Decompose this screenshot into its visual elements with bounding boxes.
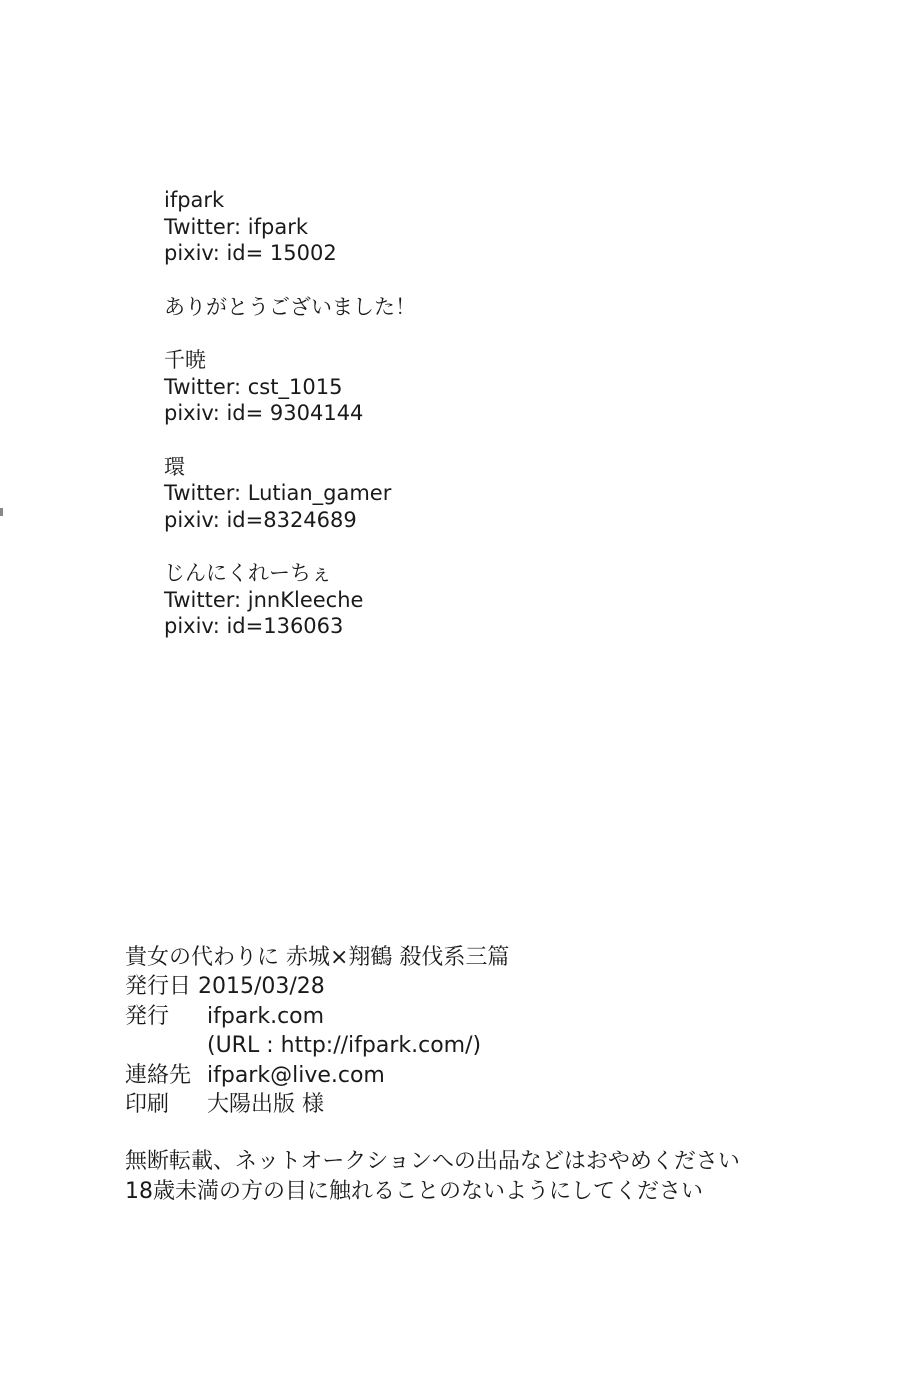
notice: 無断転載、ネットオークションへの出品などはおやめください 18歳未満の方の目に触…	[125, 1147, 740, 1206]
credit-pixiv: pixiv: id= 15002	[164, 240, 416, 267]
credit-jinnikureeche: じんにくれーちぇ Twitter: jnnKleeche pixiv: id=1…	[164, 560, 416, 640]
printer-label: 印刷	[125, 1090, 207, 1119]
colophon: 貴女の代わりに 赤城×翔鶴 殺伐系三篇 発行日 2015/03/28 発行 if…	[125, 943, 509, 1119]
printer-row: 印刷 大陽出版 様	[125, 1090, 509, 1119]
credit-twitter: Twitter: cst_1015	[164, 374, 416, 401]
publish-date: 発行日 2015/03/28	[125, 972, 509, 1001]
credit-pixiv: pixiv: id=136063	[164, 613, 416, 640]
contact-row: 連絡先 ifpark@live.com	[125, 1061, 509, 1090]
credit-name: ifpark	[164, 187, 416, 214]
notice-line-age: 18歳未満の方の目に触れることのないようにしてください	[125, 1177, 740, 1207]
credit-ifpark: ifpark Twitter: ifpark pixiv: id= 15002	[164, 187, 416, 267]
publisher-label: 発行	[125, 1002, 207, 1031]
contact-label: 連絡先	[125, 1061, 207, 1090]
credit-twitter: Twitter: ifpark	[164, 214, 416, 241]
notice-line-reprint: 無断転載、ネットオークションへの出品などはおやめください	[125, 1147, 740, 1177]
credit-name: 環	[164, 454, 416, 481]
credit-twitter: Twitter: jnnKleeche	[164, 587, 416, 614]
url-label-spacer	[125, 1031, 207, 1060]
publisher-row: 発行 ifpark.com	[125, 1002, 509, 1031]
publisher-value: ifpark.com	[207, 1002, 324, 1031]
printer-value: 大陽出版 様	[207, 1090, 324, 1119]
credits-section: ifpark Twitter: ifpark pixiv: id= 15002 …	[164, 187, 416, 667]
contact-email: ifpark@live.com	[207, 1061, 385, 1090]
credit-tamaki: 環 Twitter: Lutian_gamer pixiv: id=832468…	[164, 454, 416, 534]
credit-name: 千暁	[164, 347, 416, 374]
url-row: (URL : http://ifpark.com/)	[125, 1031, 509, 1060]
credit-name: じんにくれーちぇ	[164, 560, 416, 587]
credit-pixiv: pixiv: id=8324689	[164, 507, 416, 534]
credit-twitter: Twitter: Lutian_gamer	[164, 480, 416, 507]
credit-chiaki: 千暁 Twitter: cst_1015 pixiv: id= 9304144	[164, 347, 416, 427]
thanks-message: ありがとうございました！	[164, 294, 416, 321]
credit-pixiv: pixiv: id= 9304144	[164, 400, 416, 427]
scan-edge-mark	[0, 508, 3, 516]
book-title: 貴女の代わりに 赤城×翔鶴 殺伐系三篇	[125, 943, 509, 972]
publisher-url: (URL : http://ifpark.com/)	[207, 1031, 481, 1060]
